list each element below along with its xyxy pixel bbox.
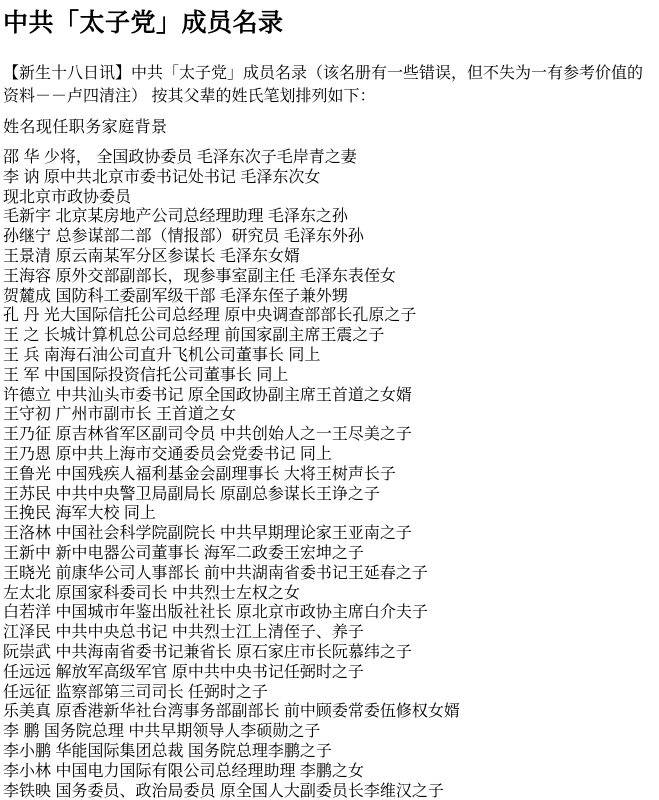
member-row: 孔 丹 光大国际信托公司总经理 原中央调查部部长孔原之子 — [3, 306, 651, 326]
member-row: 王乃恩 原中共上海市交通委员会党委书记 同上 — [3, 445, 651, 465]
columns-header: 姓 名 现 任 职 务 家 庭 背 景 — [3, 118, 651, 138]
member-row: 阮崇武 中共海南省委书记兼省长 原石家庄市长阮慕纬之子 — [3, 643, 651, 663]
member-row: 李 鹏 国务院总理 中共早期领导人李硕勋之子 — [3, 722, 651, 742]
member-row: 李铁映 国务委员、政治局委员 原全国人大副委员长李维汉之子 — [3, 782, 651, 800]
member-row: 李小林 中国电力国际有限公司总经理助理 李鹏之女 — [3, 762, 651, 782]
member-row: 王晓光 前康华公司人事部长 前中共湖南省委书记王延春之子 — [3, 564, 651, 584]
member-row: 乐美真 原香港新华社台湾事务部副部长 前中顾委常委伍修权女婿 — [3, 702, 651, 722]
member-row: 王乃征 原吉林省军区副司令员 中共创始人之一王尽美之子 — [3, 425, 651, 445]
member-row: 王挽民 海军大校 同上 — [3, 504, 651, 524]
intro-paragraph: 【新生十八日讯】中共「太子党」成员名录（该名册有一些错误，但不失为一有参考价值的… — [3, 62, 651, 108]
member-row: 邵 华 少将， 全国政协委员 毛泽东次子毛岸青之妻 — [3, 148, 651, 168]
member-row: 王 之 长城计算机总公司总经理 前国家副主席王震之子 — [3, 326, 651, 346]
member-row: 任远远 解放军高级军官 原中共中央书记任弼时之子 — [3, 663, 651, 683]
member-row: 王苏民 中共中央警卫局副局长 原副总参谋长王诤之子 — [3, 485, 651, 505]
member-row: 许德立 中共汕头市委书记 原全国政协副主席王首道之女婿 — [3, 386, 651, 406]
member-row: 白若洋 中国城市年鉴出版社社长 原北京市政协主席白介夫子 — [3, 603, 651, 623]
member-row: 王 兵 南海石油公司直升飞机公司董事长 同上 — [3, 346, 651, 366]
member-row: 王洛林 中国社会科学院副院长 中共早期理论家王亚南之子 — [3, 524, 651, 544]
member-row: 李 讷 原中共北京市委书记处书记 毛泽东次女 — [3, 168, 651, 188]
member-row: 贺麓成 国防科工委副军级干部 毛泽东侄子兼外甥 — [3, 287, 651, 307]
member-row: 王海容 原外交部副部长，现参事室副主任 毛泽东表侄女 — [3, 267, 651, 287]
member-row: 王 军 中国国际投资信托公司董事长 同上 — [3, 366, 651, 386]
member-row: 李小鹏 华能国际集团总裁 国务院总理李鹏之子 — [3, 742, 651, 762]
member-row: 左太北 原国家科委司长 中共烈士左权之女 — [3, 584, 651, 604]
page-title: 中共「太子党」成员名录 — [3, 8, 651, 38]
member-list: 邵 华 少将， 全国政协委员 毛泽东次子毛岸青之妻李 讷 原中共北京市委书记处书… — [3, 148, 651, 800]
member-row: 现北京市政协委员 — [3, 188, 651, 208]
member-row: 孙继宁 总参谋部二部（情报部）研究员 毛泽东外孙 — [3, 227, 651, 247]
document-page: 中共「太子党」成员名录 【新生十八日讯】中共「太子党」成员名录（该名册有一些错误… — [0, 0, 659, 800]
member-row: 王鲁光 中国残疾人福利基金会副理事长 大将王树声长子 — [3, 465, 651, 485]
member-row: 江泽民 中共中央总书记 中共烈士江上清侄子、养子 — [3, 623, 651, 643]
member-row: 毛新宇 北京某房地产公司总经理助理 毛泽东之孙 — [3, 207, 651, 227]
member-row: 任远征 监察部第三司司长 任弼时之子 — [3, 683, 651, 703]
member-row: 王守初 广州市副市长 王首道之女 — [3, 405, 651, 425]
member-row: 王景清 原云南某军分区参谋长 毛泽东女婿 — [3, 247, 651, 267]
member-row: 王新中 新中电器公司董事长 海军二政委王宏坤之子 — [3, 544, 651, 564]
